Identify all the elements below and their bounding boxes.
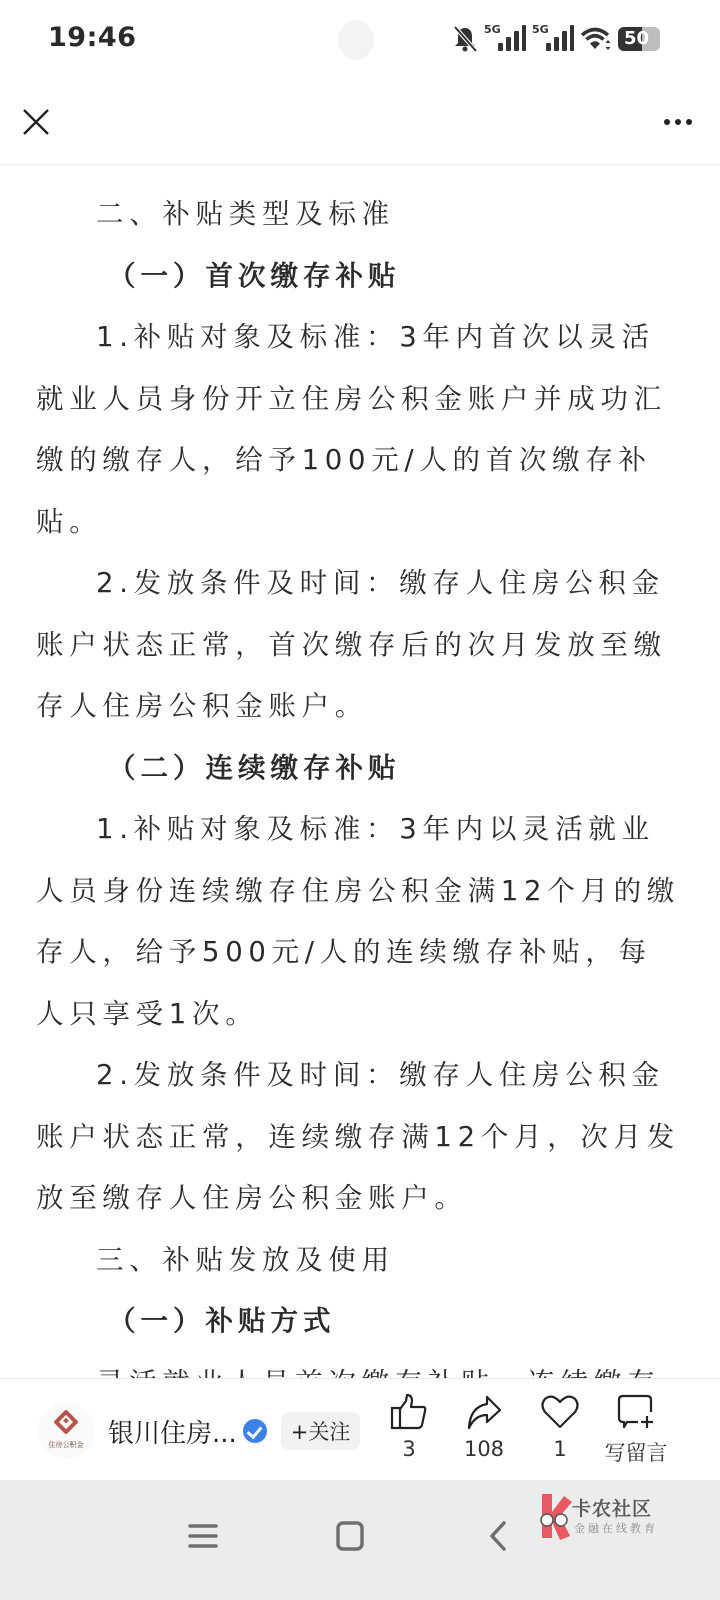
section-heading: 二、补贴类型及标准 [36, 184, 680, 246]
top-bar [0, 80, 720, 165]
watermark: 卡农社区 金融在线教育 [538, 1492, 688, 1552]
share-count: 108 [446, 1437, 522, 1461]
subsection-heading: （一）首次缴存补贴 [36, 246, 680, 308]
more-options-button[interactable] [658, 108, 698, 136]
verified-badge-icon [243, 1419, 267, 1443]
status-icons: 5G 5G 50 [452, 24, 660, 54]
close-button[interactable] [16, 102, 56, 142]
more-horizontal-icon-dot [664, 119, 670, 125]
bell-muted-icon [452, 25, 478, 53]
subsection-heading: （一）补贴方式 [36, 1291, 680, 1353]
watermark-logo-icon [538, 1492, 574, 1542]
status-bar: 19:46 5G 5G [0, 0, 720, 80]
comment-button[interactable]: 写留言 [598, 1393, 674, 1467]
account-info[interactable]: 住房公积金 银川住房... +关注 [38, 1403, 360, 1459]
share-button[interactable]: 108 [446, 1393, 522, 1461]
bottom-action-bar: 住房公积金 银川住房... +关注 3 108 1 写留言 [0, 1378, 720, 1480]
home-button[interactable] [320, 1506, 380, 1566]
favorite-button[interactable]: 1 [522, 1393, 598, 1461]
close-icon [16, 102, 56, 142]
paragraph: 灵活就业人员首次缴存补贴、连续缴存补贴均实行“免申即享”的补贴方式，缴存人无需 [36, 1353, 680, 1381]
thumbs-up-icon [389, 1393, 429, 1431]
follow-button[interactable]: +关注 [281, 1412, 361, 1450]
heart-icon [540, 1393, 580, 1431]
favorite-count: 1 [522, 1437, 598, 1461]
account-avatar[interactable]: 住房公积金 [38, 1403, 94, 1459]
camera-cutout [338, 20, 374, 60]
section-heading: 三、补贴发放及使用 [36, 1230, 680, 1292]
comment-label: 写留言 [598, 1437, 674, 1467]
like-count: 3 [371, 1437, 447, 1461]
share-arrow-icon [464, 1393, 504, 1431]
subsection-heading: （二）连续缴存补贴 [36, 738, 680, 800]
status-time: 19:46 [48, 22, 136, 53]
back-button[interactable] [468, 1506, 528, 1566]
recents-button[interactable] [173, 1506, 233, 1566]
paragraph: 2.发放条件及时间：缴存人住房公积金账户状态正常，首次缴存后的次月发放至缴存人住… [36, 553, 680, 738]
account-name[interactable]: 银川住房... [108, 1413, 237, 1450]
back-chevron-icon [468, 1506, 528, 1566]
watermark-subtitle: 金融在线教育 [574, 1520, 658, 1536]
home-square-icon [320, 1506, 380, 1566]
comment-add-icon [616, 1393, 656, 1431]
paragraph: 1.补贴对象及标准：3年内首次以灵活就业人员身份开立住房公积金账户并成功汇缴的缴… [36, 307, 680, 553]
system-nav-bar: 卡农社区 金融在线教育 [0, 1480, 720, 1600]
battery-icon: 50 [618, 27, 660, 51]
paragraph: 2.发放条件及时间：缴存人住房公积金账户状态正常，连续缴存满12个月，次月发放至… [36, 1045, 680, 1230]
menu-lines-icon [173, 1506, 233, 1566]
paragraph: 1.补贴对象及标准：3年内以灵活就业人员身份连续缴存住房公积金满12个月的缴存人… [36, 799, 680, 1045]
more-horizontal-icon-dot [686, 119, 692, 125]
signal-icon-sim2: 5G [532, 25, 574, 53]
logo-mark-icon [53, 1409, 78, 1434]
logo-text: 住房公积金 [42, 1440, 90, 1450]
article-text: …… 二、补贴类型及标准 （一）首次缴存补贴 1.补贴对象及标准：3年内首次以灵… [36, 130, 680, 1380]
more-horizontal-icon-dot [675, 119, 681, 125]
watermark-title: 卡农社区 [572, 1494, 652, 1521]
signal-icon-sim1: 5G [484, 25, 526, 53]
article-content[interactable]: …… 二、补贴类型及标准 （一）首次缴存补贴 1.补贴对象及标准：3年内首次以灵… [0, 130, 720, 1380]
wifi-icon [580, 26, 612, 52]
like-button[interactable]: 3 [371, 1393, 447, 1461]
